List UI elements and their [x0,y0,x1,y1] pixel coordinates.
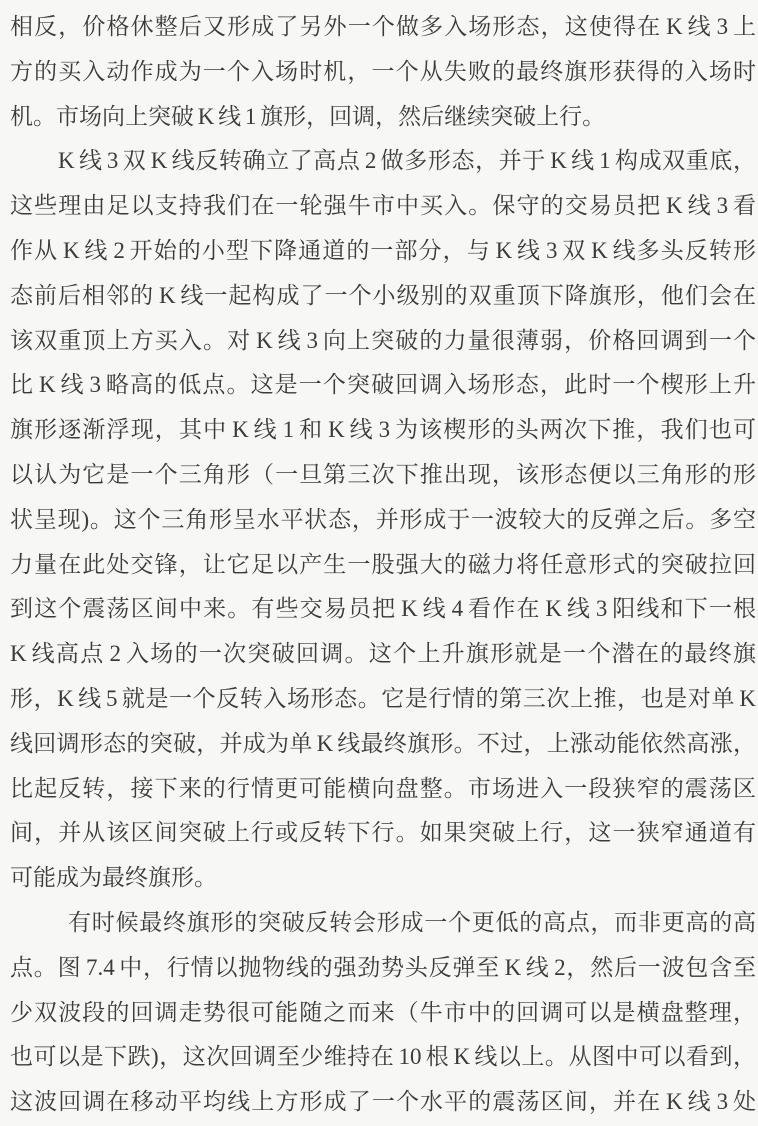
text-line: 比起反转，接下来的行情更可能横向盘整。市场进入一段狭窄的震荡区 [10,767,756,812]
text-line: 比 K 线 3 略高的低点。这是一个突破回调入场形态，此时一个楔形上升 [10,363,756,408]
text-line: K 线 3 双 K 线反转确立了高点 2 做多形态，并于 K 线 1 构成双重底… [10,139,756,184]
text-line: 以认为它是一个三角形（一旦第三次下推出现，该形态便以三角形的形 [10,453,756,498]
text-line: 相反，价格休整后又形成了另外一个做多入场形态，这使得在 K 线 3 上 [10,5,756,50]
text-line: 间，并从该区间突破上行或反转下行。如果突破上行，这一狭窄通道有 [10,811,756,856]
text-line: 这波回调在移动平均线上方形成了一个水平的震荡区间，并在 K 线 3 处 [10,1080,756,1125]
text-line: 少双波段的回调走势很可能随之而来（牛市中的回调可以是横盘整理， [10,991,756,1036]
paragraph: K 线 3 双 K 线反转确立了高点 2 做多形态，并于 K 线 1 构成双重底… [10,139,756,901]
text-line: 方的买入动作成为一个入场时机，一个从失败的最终旗形获得的入场时 [10,50,756,95]
paragraph: 相反，价格休整后又形成了另外一个做多入场形态，这使得在 K 线 3 上 方的买入… [10,5,756,139]
text-line: 这些理由足以支持我们在一轮强牛市中买入。保守的交易员把 K 线 3 看 [10,184,756,229]
text-line: 该双重顶上方买入。对 K 线 3 向上突破的力量很薄弱，价格回调到一个 [10,319,756,364]
text-line: 作从 K 线 2 开始的小型下降通道的一部分，与 K 线 3 双 K 线多头反转… [10,229,756,274]
book-page: 相反，价格休整后又形成了另外一个做多入场形态，这使得在 K 线 3 上 方的买入… [10,0,756,1125]
text-line: 态前后相邻的 K 线一起构成了一个小级别的双重顶下降旗形，他们会在 [10,274,756,319]
text-line: 状呈现)。这个三角形呈水平状态，并形成于一波较大的反弹之后。多空 [10,498,756,543]
text-line: 机。市场向上突破 K 线 1 旗形，回调，然后继续突破上行。 [10,95,756,140]
text-line: 到这个震荡区间中来。有些交易员把 K 线 4 看作在 K 线 3 阳线和下一根 [10,587,756,632]
text-line: 线回调形态的突破，并成为单 K 线最终旗形。不过，上涨动能依然高涨， [10,722,756,767]
text-line: 可能成为最终旗形。 [10,856,756,901]
text-line: K 线高点 2 入场的一次突破回调。这个上升旗形就是一个潜在的最终旗 [10,632,756,677]
text-line: 有时候最终旗形的突破反转会形成一个更低的高点，而非更高的高 [10,901,756,946]
text-line: 也可以是下跌)，这次回调至少维持在 10 根 K 线以上。从图中可以看到， [10,1035,756,1080]
text-line: 旗形逐渐浮现，其中 K 线 1 和 K 线 3 为该楔形的头两次下推，我们也可 [10,408,756,453]
text-line: 点。图 7.4 中，行情以抛物线的强劲势头反弹至 K 线 2，然后一波包含至 [10,946,756,991]
text-line: 力量在此处交锋，让它足以产生一股强大的磁力将任意形式的突破拉回 [10,543,756,588]
text-line: 形，K 线 5 就是一个反转入场形态。它是行情的第三次上推，也是对单 K [10,677,756,722]
paragraph: 有时候最终旗形的突破反转会形成一个更低的高点，而非更高的高 点。图 7.4 中，… [10,901,756,1125]
